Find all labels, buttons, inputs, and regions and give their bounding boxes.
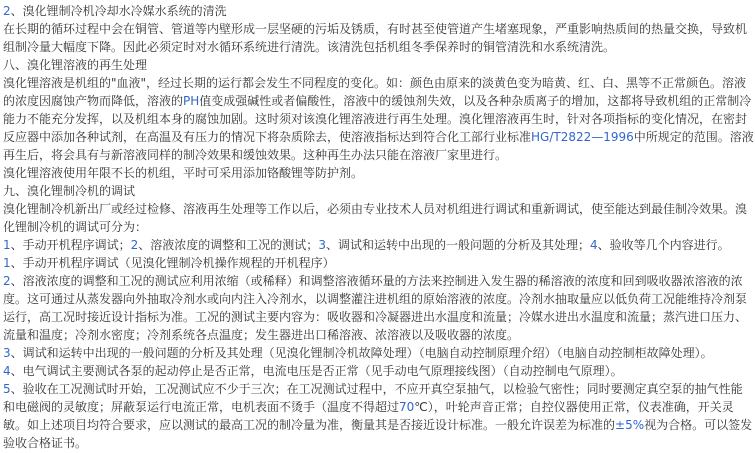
section-heading: 九、溴化锂制冷机的调试 (3, 182, 754, 200)
paragraph: 溴化锂溶液使用年限不长的机组，平时可采用添加铬酸锂等防护剂。 (3, 164, 754, 182)
latin-text: 3 (3, 346, 11, 360)
paragraph: 3、调试和运转中出现的一般问题的分析及其处理（见溴化锂制冷机故障处理）（电脑自动… (3, 344, 754, 362)
document-body: 2、溴化锂制冷机冷却水冷媒水系统的清洗在长期的循环过程中会在铜管、管道等内壁形成… (0, 0, 755, 453)
document-page: { "page": { "background": "#ffffff", "te… (0, 0, 755, 453)
latin-text: HG/T2822—1996 (531, 130, 634, 144)
paragraph: 2、溶液浓度的调整和工况的测试应利用浓缩（或稀释）和调整溶液循环量的方法来控制进… (3, 272, 754, 344)
latin-text: PH (183, 94, 199, 108)
section-heading: 八、溴化锂溶液的再生处理 (3, 56, 754, 74)
paragraph: 1、手动开机程序调试；2、溶液浓度的调整和工况的测试；3、调试和运转中出现的一般… (3, 236, 754, 254)
paragraph: 4、电气调试主要测试各泵的起动停止是否正常，电流电压是否正常（见手动电气原理接线… (3, 362, 754, 380)
latin-text: 5 (3, 382, 11, 396)
latin-text: 70 (399, 400, 414, 414)
paragraph: 溴化锂制冷机新出厂或经过检修、溶液再生处理等工作以后，必须由专业技术人员对机组进… (3, 200, 754, 236)
latin-text: 2 (131, 238, 139, 252)
latin-text: ±5% (615, 418, 644, 432)
paragraph: 溴化锂溶液是机组的"血液"，经过长期的运行都会发生不同程度的变化。如：颜色由原来… (3, 74, 754, 164)
latin-text: 1 (3, 238, 11, 252)
paragraph: 在长期的循环过程中会在铜管、管道等内壁形成一层坚硬的污垢及锈质，有时甚至使管道产… (3, 20, 754, 56)
latin-text: 1 (3, 256, 11, 270)
latin-text: 2 (3, 4, 11, 18)
paragraph: 5、验收在工况测试时开始，工况测试应不少于三次；在工况测试过程中，不应开真空泵抽… (3, 380, 754, 452)
latin-text: 2 (3, 274, 11, 288)
section-heading: 2、溴化锂制冷机冷却水冷媒水系统的清洗 (3, 2, 754, 20)
paragraph: 1、手动开机程序调试（见溴化锂制冷机操作规程的开机程序） (3, 254, 754, 272)
latin-text: 4 (3, 364, 11, 378)
latin-text: 3 (318, 238, 326, 252)
latin-text: 4 (590, 238, 598, 252)
